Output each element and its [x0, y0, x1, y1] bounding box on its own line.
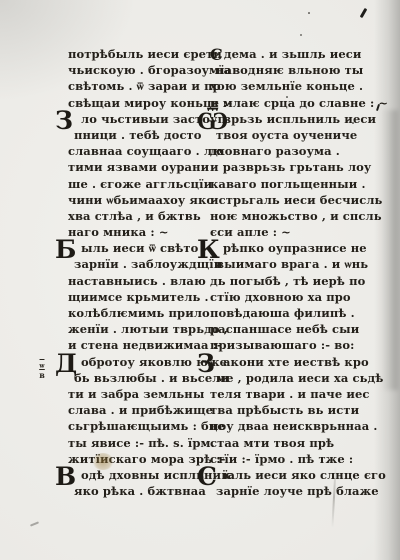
text-line: ноу дваа неискврьннаа .: [210, 418, 372, 434]
manuscript-page: потрѣбыль иеси єретичьискоую . бгоразоум…: [0, 0, 400, 560]
line-text: зарнїе лоуче прѣ блаже: [216, 483, 379, 499]
line-text: сьгрѣшаѥщыимь : бце: [68, 418, 225, 434]
paper-fleck: [318, 57, 320, 59]
line-text: наводняѥ вльною ты: [216, 62, 363, 78]
text-line: Быль иеси ѿ свѣто: [68, 240, 218, 256]
text-line: Водѣ дховны испльниѥ: [68, 467, 218, 483]
text-line: славнаа соущааго . лю: [68, 143, 218, 159]
text-line: повѣдаюша филипѣ .: [210, 305, 372, 321]
line-text: колѣблѥмимь прило: [68, 305, 210, 321]
text-line: чьискоую . бгоразоумїа: [68, 62, 218, 78]
paper-fleck: [300, 34, 302, 36]
margin-note-bottom: в: [34, 370, 50, 380]
line-text: призываюшаго :- во:: [210, 337, 354, 353]
line-text: потрѣбыль иеси єрети: [68, 46, 222, 62]
paper-fleck: [352, 122, 354, 124]
text-line: ме , родила иеси ха сьдѣ: [210, 370, 372, 386]
line-text: и млаѥ срца до славне : ~: [210, 95, 388, 111]
text-line: Єдема . и зьшль иеси: [210, 46, 372, 62]
text-line: житїискаго мора зрѣ :-: [68, 451, 218, 467]
paper-fleck: [308, 12, 310, 14]
line-text: ше . єгоже аггльсцїи: [68, 176, 212, 192]
text-line: щиимсе крьмитель .: [68, 289, 218, 305]
text-line: тва прѣбысть вь исти: [210, 402, 372, 418]
line-text: стїи :- їрмо . пѣ тже :: [210, 451, 353, 467]
line-text: ме , родила иеси ха сьдѣ: [216, 370, 383, 386]
text-column-right: Єдема . и зьшль иесинаводняѥ вльною тыхо…: [210, 46, 372, 499]
line-text: наго мника : ~: [68, 224, 169, 240]
line-text: выимаго врага . и ѡнь: [216, 256, 368, 272]
text-line: свѣщаи мироу коньце :-: [68, 95, 218, 111]
paper-edge-smudge: [382, 110, 398, 390]
line-text: дема . и зьшль иеси: [224, 46, 362, 62]
line-text: теля твари . и паче иес: [210, 386, 370, 402]
text-line: свѣтомь . ѿ зараи и пр: [68, 78, 218, 94]
text-line: Добротоу яковлю юже: [68, 354, 218, 370]
text-line: стаа мти твоя прѣ: [210, 435, 372, 451]
line-text: щиимсе крьмитель .: [68, 289, 209, 305]
paper-fleck: [286, 96, 288, 98]
line-text: пници . тебѣ досто: [74, 127, 202, 143]
text-line: призываюшаго :- во:: [210, 337, 372, 353]
line-text: тва прѣбысть вь исти: [210, 402, 359, 418]
pen-flick-mark: [30, 521, 39, 526]
line-text: повѣдаюша филипѣ .: [210, 305, 355, 321]
text-line: хою земльнїе коньце .: [210, 78, 372, 94]
line-text: дховнаго разоума .: [210, 143, 340, 159]
text-line: потрѣбыль иеси єрети: [68, 46, 218, 62]
paper-fleck: [341, 88, 343, 90]
line-text: акони хте иествѣ кро: [223, 354, 369, 370]
text-line: твоя оуста оучениче: [210, 127, 372, 143]
text-line: Сїаль иеси яко слнце єго: [210, 467, 372, 483]
line-text: истрьгаль иеси бесчисль: [210, 192, 382, 208]
text-line: теля твари . и паче иес: [210, 386, 372, 402]
line-text: свѣтомь . ѿ зараи и пр: [68, 78, 221, 94]
text-line: дь погыбѣ , тѣ иерѣ по: [210, 273, 372, 289]
text-line: слава . и прибѣжище: [68, 402, 218, 418]
ink-speck: [360, 8, 368, 18]
line-text: славнаа соущааго . лю: [68, 143, 224, 159]
text-line: дховнаго разоума .: [210, 143, 372, 159]
line-text: ноѥ множьство , и спсль: [210, 208, 382, 224]
text-line: наго мника : ~: [68, 224, 218, 240]
text-line: и стена недвижимаа :-: [68, 337, 218, 353]
line-text: врьзь испльниль иеси: [223, 111, 376, 127]
text-line: и разврьзь грьтань лоу: [210, 159, 372, 175]
text-line: стїи :- їрмо . пѣ тже :: [210, 451, 372, 467]
line-text: чьискоую . бгоразоумїа: [68, 62, 231, 78]
text-line: Закони хте иествѣ кро: [210, 354, 372, 370]
text-line: стїю дховною ха про: [210, 289, 372, 305]
text-line: Ѿврьзь испльниль иеси: [210, 111, 372, 127]
text-line: зарнїи . заблоуждщїи: [68, 256, 218, 272]
text-line: распаншасе небѣ сыи: [210, 321, 372, 337]
text-line: сьгрѣшаѥщыимь : бце: [68, 418, 218, 434]
line-text: хою земльнїе коньце .: [210, 78, 363, 94]
text-line: женїи . лютыи тврьдо ,: [68, 321, 218, 337]
text-line: Крѣпко оупразнисе не: [210, 240, 372, 256]
line-text: стаа мти твоя прѣ: [210, 435, 334, 451]
line-text: стїю дховною ха про: [210, 289, 351, 305]
line-text: ти и забра земльны: [68, 386, 204, 402]
line-text: распаншасе небѣ сыи: [210, 321, 359, 337]
text-line: тими язвами оурани: [68, 159, 218, 175]
text-line: пници . тебѣ досто: [68, 127, 218, 143]
text-line: зарнїе лоуче прѣ блаже: [210, 483, 372, 499]
text-line: наставныись . влаю: [68, 273, 218, 289]
line-text: яко рѣка . бжтвнаа: [74, 483, 206, 499]
line-text: дь погыбѣ , тѣ иерѣ по: [210, 273, 365, 289]
drop-initial: Є: [210, 47, 223, 63]
line-text: и разврьзь грьтань лоу: [210, 159, 371, 175]
text-column-left: потрѣбыль иеси єретичьискоую . бгоразоум…: [68, 46, 218, 499]
line-text: ыль иеси ѿ свѣто: [81, 240, 198, 256]
manuscript-photograph: { "page": { "kind": "two-column Church S…: [0, 0, 400, 560]
text-line: каваго погльщенныи .: [210, 176, 372, 192]
text-line: ти и забра земльны: [68, 386, 218, 402]
margin-note-top: ѡ: [34, 360, 50, 370]
line-text: ты явисе :- пѣ. ѕ. їрм.: [68, 435, 215, 451]
text-line: бь вьзлюбы . и вьсели: [68, 370, 218, 386]
margin-note: ѡ в: [34, 360, 50, 380]
text-line: и млаѥ срца до славне : ~: [210, 95, 372, 111]
text-line: выимаго врага . и ѡнь: [210, 256, 372, 272]
line-text: хва стлѣа , и бжтвь: [68, 208, 201, 224]
text-line: наводняѥ вльною ты: [210, 62, 372, 78]
text-line: Зло чьстивыи застоуп: [68, 111, 218, 127]
text-line: хва стлѣа , и бжтвь: [68, 208, 218, 224]
text-line: чини ѡбьимаахоу яко: [68, 192, 218, 208]
line-text: чини ѡбьимаахоу яко: [68, 192, 214, 208]
line-text: рѣпко оупразнисе не: [223, 240, 367, 256]
text-line: ноѥ множьство , и спсль: [210, 208, 372, 224]
text-line: истрьгаль иеси бесчисль: [210, 192, 372, 208]
text-line: колѣблѥмимь прило: [68, 305, 218, 321]
text-line: яко рѣка . бжтвнаа: [68, 483, 218, 499]
line-text: женїи . лютыи тврьдо ,: [68, 321, 228, 337]
line-text: їаль иеси яко слнце єго: [223, 467, 386, 483]
line-text: наставныись . влаю: [68, 273, 206, 289]
line-text: тими язвами оурани: [68, 159, 209, 175]
line-text: єси апле : ~: [210, 224, 291, 240]
wax-stain: [92, 453, 114, 470]
line-text: твоя оуста оучениче: [216, 127, 357, 143]
text-line: ше . єгоже аггльсцїи: [68, 176, 218, 192]
line-text: ноу дваа неискврьннаа .: [210, 418, 377, 434]
line-text: слава . и прибѣжище: [68, 402, 213, 418]
line-text: каваго погльщенныи .: [210, 176, 366, 192]
text-line: єси апле : ~: [210, 224, 372, 240]
text-line: ты явисе :- пѣ. ѕ. їрм.: [68, 435, 218, 451]
